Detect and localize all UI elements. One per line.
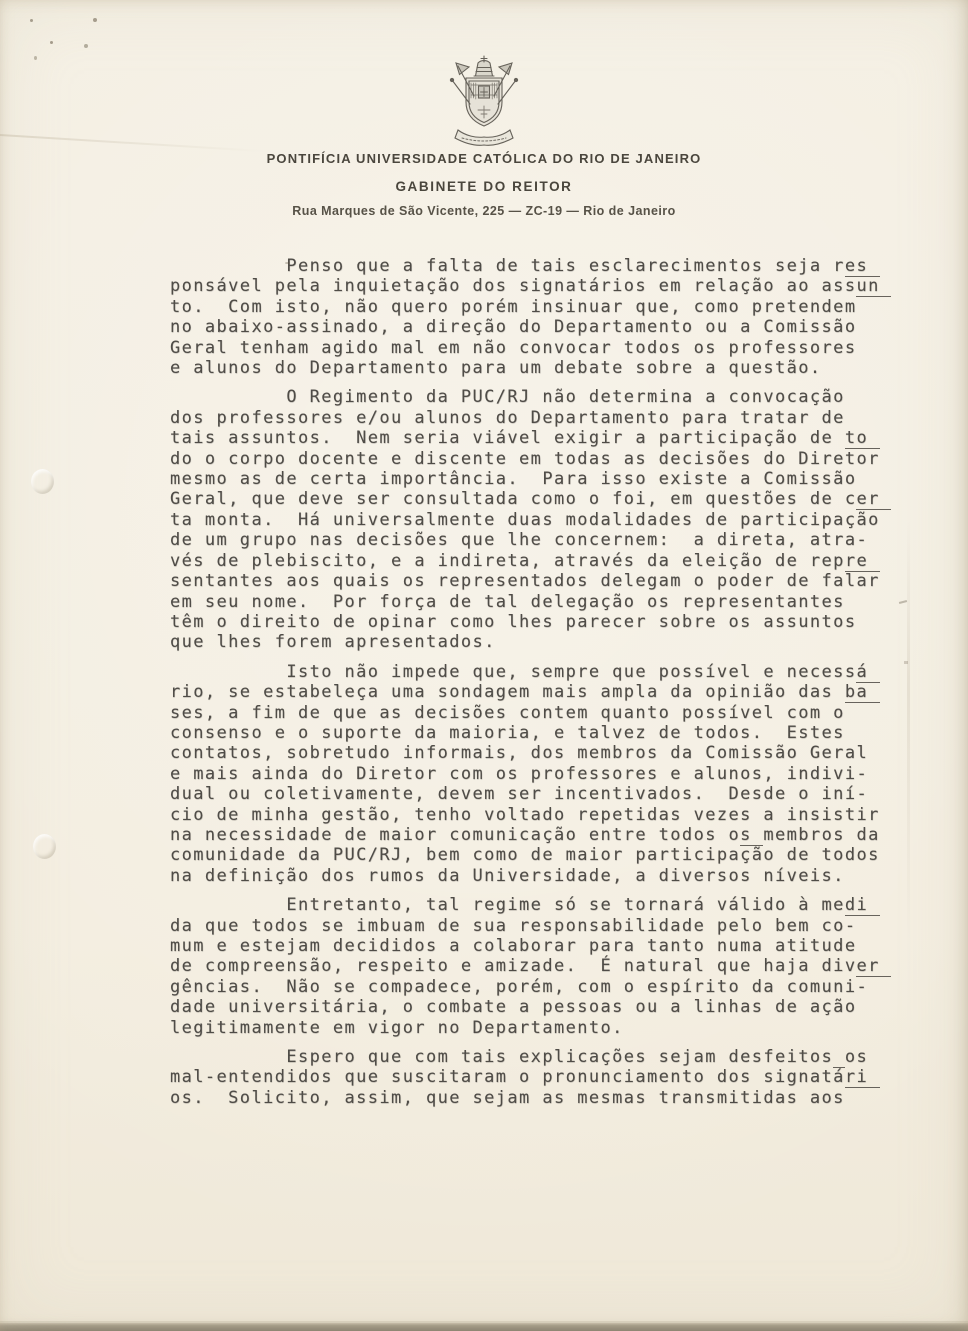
- typewritten-line: dos professores e/ou alunos do Departame…: [170, 408, 930, 428]
- typewritten-line: Isto não impede que, sempre que possível…: [170, 662, 930, 682]
- letterhead-address: Rua Marques de São Vicente, 225 — ZC-19 …: [0, 204, 968, 218]
- typewritten-line: ta monta. Há universalmente duas modalid…: [170, 510, 930, 530]
- paper-speck: [34, 56, 37, 60]
- typewritten-line: e mais ainda do Diretor com os professor…: [170, 764, 930, 784]
- typewritten-line: rio, se estabeleça uma sondagem mais amp…: [170, 682, 930, 702]
- typewritten-line: em seu nome. Por força de tal delegação …: [170, 592, 930, 612]
- typewritten-line: os. Solicito, assim, que sejam as mesmas…: [170, 1088, 930, 1108]
- scan-bottom-edge: [0, 1323, 968, 1331]
- typewritten-line: cio de minha gestão, tenho voltado repet…: [170, 805, 930, 825]
- typewritten-line: na definição dos rumos da Universidade, …: [170, 866, 930, 886]
- paper-speck: [93, 18, 97, 22]
- typewritten-line: to. Com isto, não quero porém insinuar q…: [170, 297, 930, 317]
- paper-speck: [84, 44, 88, 48]
- typewritten-line: do o corpo docente e discente em todas a…: [170, 449, 930, 469]
- typewritten-line: contatos, sobretudo informais, dos membr…: [170, 743, 930, 763]
- typewritten-line: e alunos do Departamento para um debate …: [170, 358, 930, 378]
- letterhead-office-name: GABINETE DO REITOR: [0, 179, 968, 194]
- letter-body: Penso que a falta de tais esclarecimento…: [170, 256, 930, 1108]
- paper-speck: [50, 41, 53, 44]
- typewritten-line: mal-entendidos que suscitaram o pronunci…: [170, 1067, 930, 1087]
- paragraph: Isto não impede que, sempre que possível…: [170, 662, 930, 886]
- hole-punch-mark: [31, 469, 54, 494]
- letterhead-university-name: PONTIFÍCIA UNIVERSIDADE CATÓLICA DO RIO …: [0, 151, 968, 166]
- scanned-letter-page: PONTIFÍCIA UNIVERSIDADE CATÓLICA DO RIO …: [0, 0, 968, 1331]
- typewritten-line: ses, a fim de que as decisões contem qua…: [170, 703, 930, 723]
- pencil-mark: [904, 661, 908, 664]
- typewritten-line: mesmo as de certa importância. Para isso…: [170, 469, 930, 489]
- typewritten-line: sentantes aos quais os representados del…: [170, 571, 930, 591]
- typewritten-line: comunidade da PUC/RJ, bem como de maior …: [170, 845, 930, 865]
- typewritten-line: Entretanto, tal regime só se tornará vál…: [170, 895, 930, 915]
- paper-speck: [30, 19, 33, 22]
- paragraph: Penso que a falta de tais esclarecimento…: [170, 256, 930, 378]
- typewritten-line: O Regimento da PUC/RJ não determina a co…: [170, 387, 930, 407]
- typewritten-line: consenso e o suporte da maioria, e talve…: [170, 723, 930, 743]
- typewritten-line: Geral tenham agido mal em não convocar t…: [170, 338, 930, 358]
- typewritten-line: ponsável pela inquietação dos signatário…: [170, 276, 930, 296]
- hole-punch-mark: [33, 834, 56, 859]
- typewritten-line: que lhes forem apresentados.: [170, 632, 930, 652]
- paper-speck: [285, 262, 290, 264]
- typewritten-line: de compreensão, respeito e amizade. É na…: [170, 956, 930, 976]
- paragraph: Entretanto, tal regime só se tornará vál…: [170, 895, 930, 1038]
- typewritten-line: de um grupo nas decisões que lhe concern…: [170, 530, 930, 550]
- typewritten-line: no abaixo-assinado, a direção do Departa…: [170, 317, 930, 337]
- puc-rio-coat-of-arms-icon: [434, 54, 534, 148]
- paper-crease: [907, 520, 910, 940]
- typewritten-line: Geral, que deve ser consultada como o fo…: [170, 489, 930, 509]
- typewritten-line: têm o direito de opinar como lhes parece…: [170, 612, 930, 632]
- typewritten-line: dade universitária, o combate a pessoas …: [170, 997, 930, 1017]
- typewritten-line: Espero que com tais explicações sejam de…: [170, 1047, 930, 1067]
- typewritten-line: vés de plebiscito, e a indireta, através…: [170, 551, 930, 571]
- typewritten-line: dual ou coletivamente, devem ser incenti…: [170, 784, 930, 804]
- typewritten-line: gências. Não se compadece, porém, com o …: [170, 977, 930, 997]
- typewritten-line: na necessidade de maior comunicação entr…: [170, 825, 930, 845]
- paper-crease: [0, 134, 265, 152]
- paragraph: O Regimento da PUC/RJ não determina a co…: [170, 387, 930, 652]
- typewritten-line: da que todos se imbuam de sua responsabi…: [170, 916, 930, 936]
- typewritten-line: tais assuntos. Nem seria viável exigir a…: [170, 428, 930, 448]
- typewritten-line: Penso que a falta de tais esclarecimento…: [170, 256, 930, 276]
- typewritten-line: mum e estejam decididos a colaborar para…: [170, 936, 930, 956]
- paragraph: Espero que com tais explicações sejam de…: [170, 1047, 930, 1108]
- typewritten-line: legitimamente em vigor no Departamento.: [170, 1018, 930, 1038]
